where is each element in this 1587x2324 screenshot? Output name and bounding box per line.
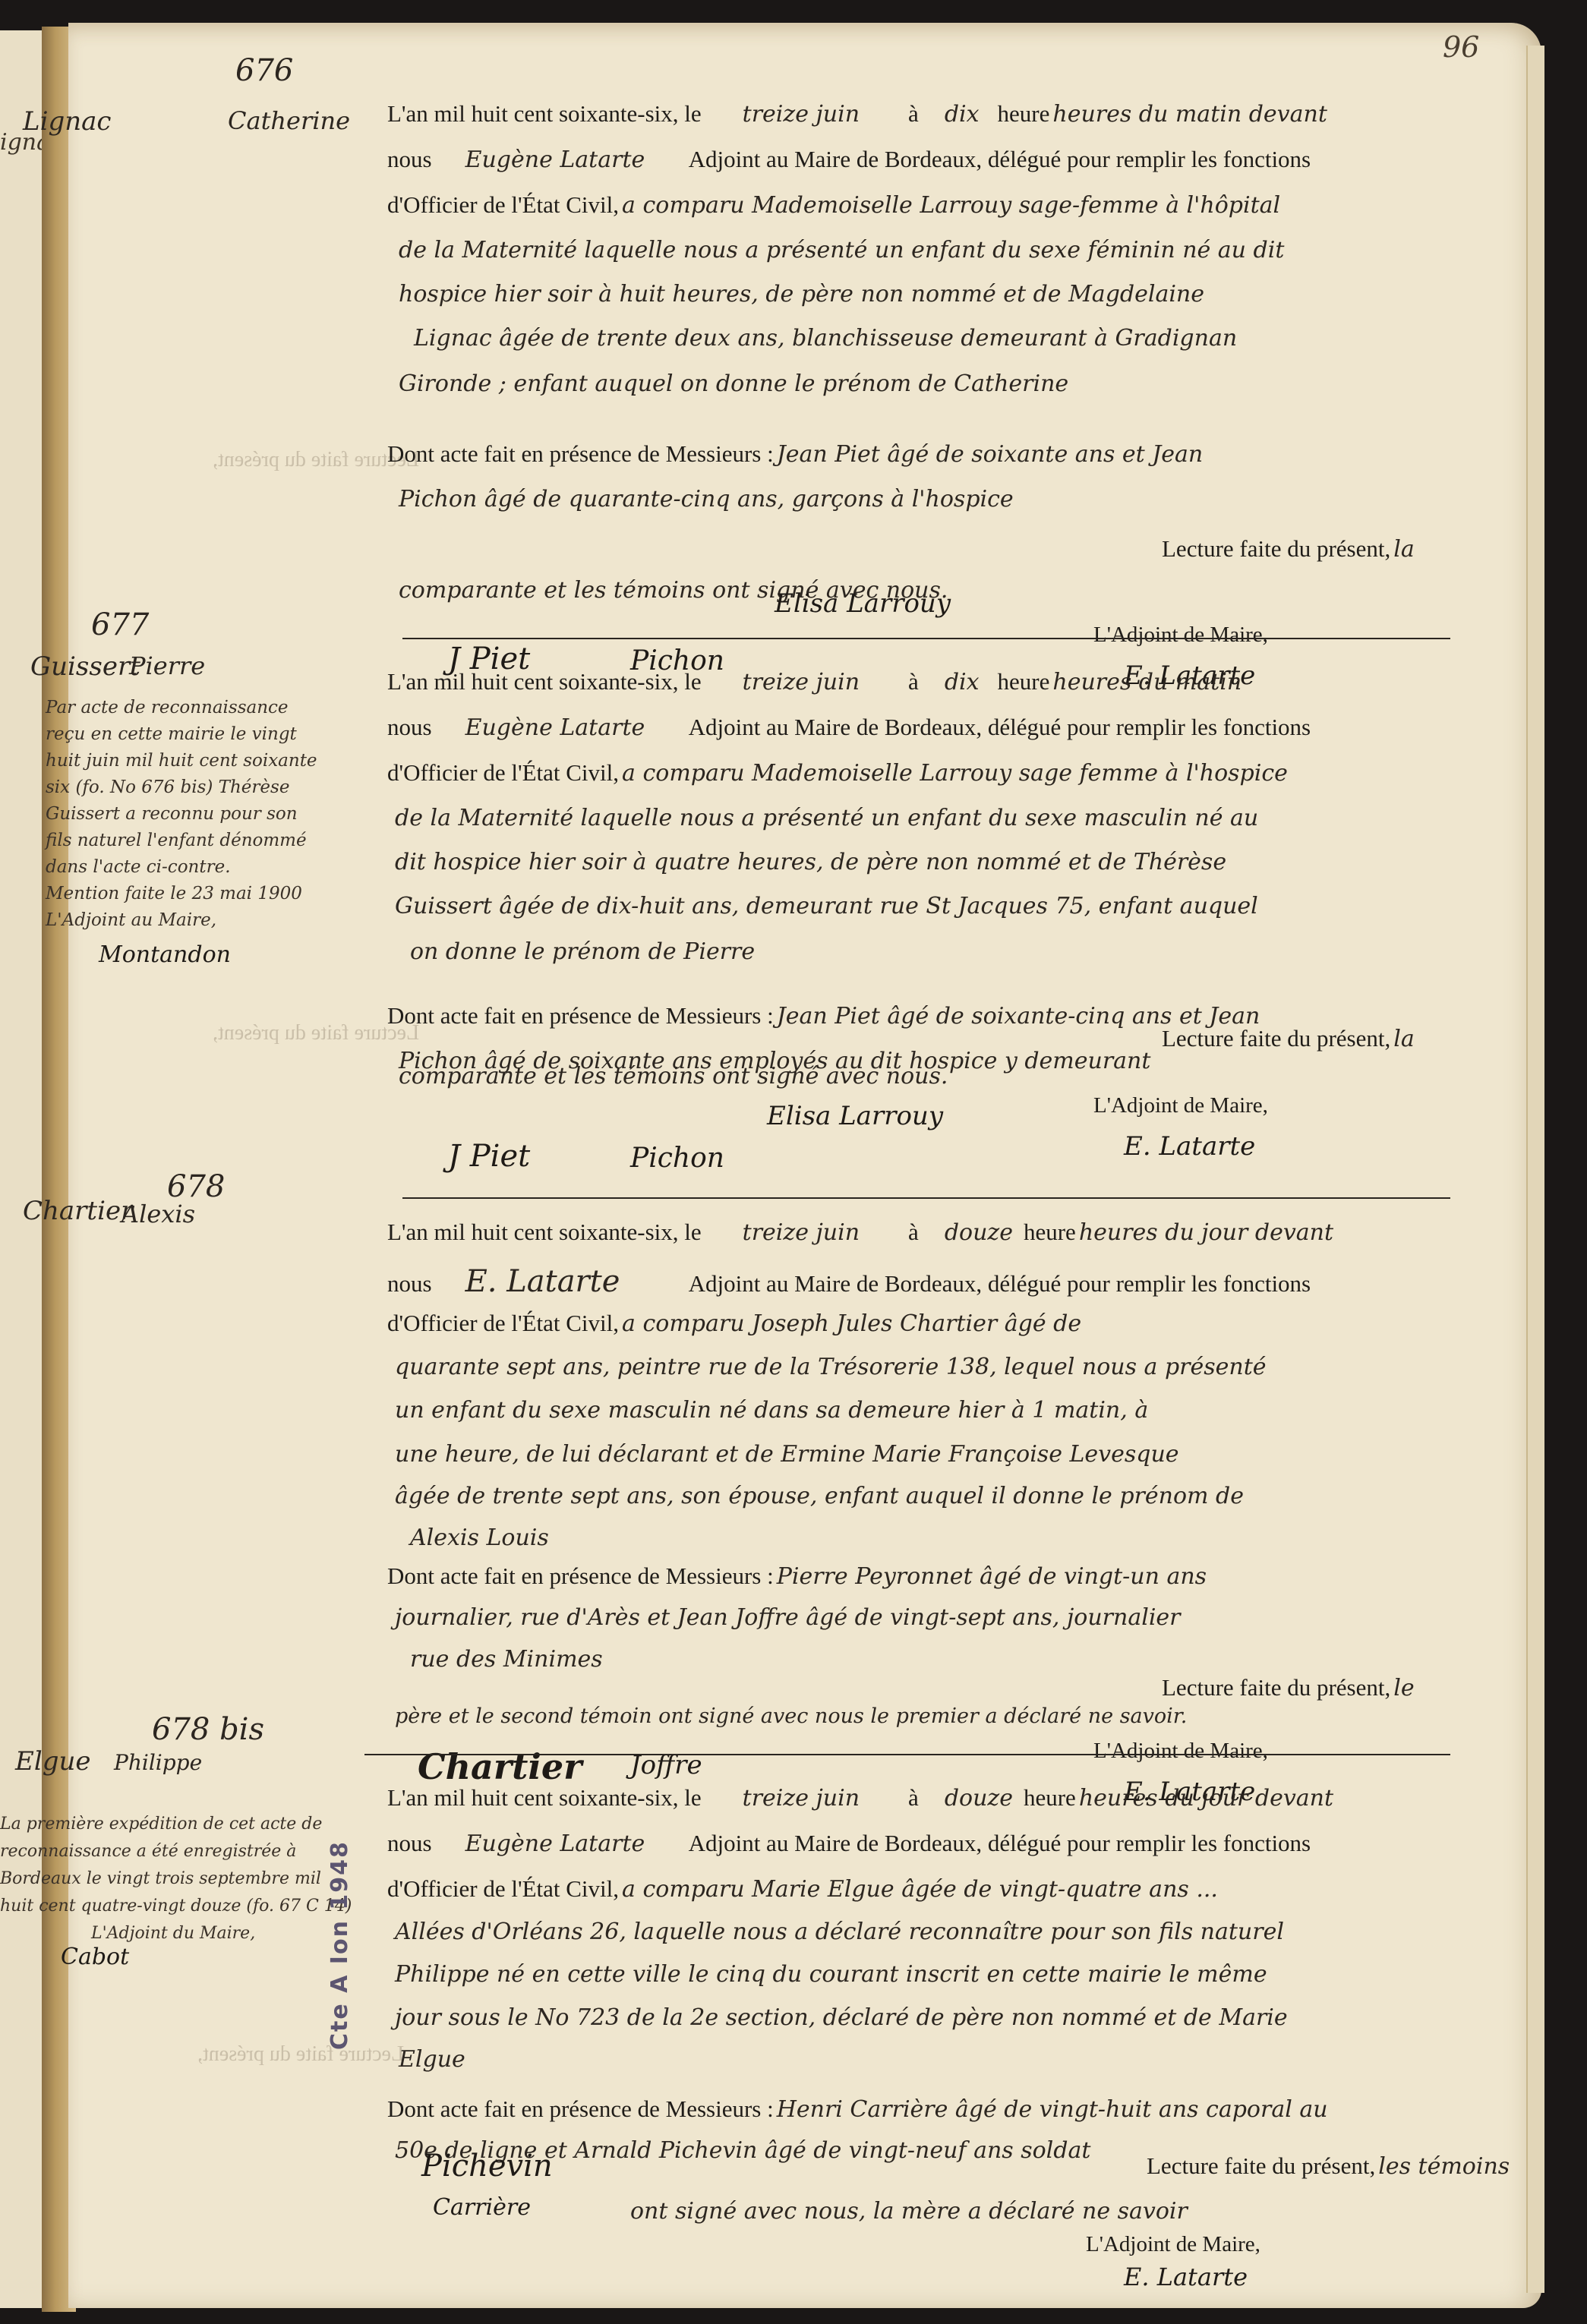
closing-line: comparante et les témoins ont signé avec… [399, 1063, 948, 1089]
lecture-continuation: le [1393, 1675, 1414, 1701]
witness-line: rue des Minimes [410, 1646, 603, 1673]
closing-line: père et le second témoin ont signé avec … [395, 1704, 1187, 1728]
printed-nous: nous [387, 1270, 432, 1297]
margin-given-name: Catherine [228, 106, 350, 135]
printed-adjoint: Adjoint au Maire de Bordeaux, délégué po… [689, 146, 1311, 172]
act-hour: dix [945, 101, 980, 128]
signature: Elisa Larrouy [767, 1101, 943, 1131]
printed-lecture: Lecture faite du présent, [1162, 1674, 1390, 1701]
printed-opening: L'an mil huit cent soixante-six, le [387, 1219, 702, 1245]
printed-officier: d'Officier de l'État Civil, [387, 1310, 619, 1336]
divider-rule [402, 1197, 1450, 1199]
body-line: un enfant du sexe masculin né dans sa de… [395, 1397, 1148, 1424]
margin-annotation: Par acte de reconnaissancereçu en cette … [46, 695, 380, 934]
signature: Pichevin [421, 2149, 553, 2184]
act-number: 678 bis [152, 1712, 264, 1747]
printed-lecture: Lecture faite du présent, [1162, 535, 1390, 562]
lecture-continuation: les témoins [1378, 2153, 1510, 2180]
margin-signature: Montandon [99, 941, 231, 968]
printed-heure: heure [1024, 1219, 1076, 1245]
officer-name: E. Latarte [465, 1264, 686, 1299]
printed-adjoint: Adjoint au Maire de Bordeaux, délégué po… [689, 714, 1311, 740]
printed-nous: nous [387, 146, 432, 172]
witness-line: Pichon âgé de quarante-cinq ans, garçons… [399, 486, 1014, 512]
officer-name: Eugène Latarte [465, 147, 686, 173]
folio-number: 96 [1443, 30, 1479, 64]
divider-rule [402, 638, 1450, 639]
body-line: hospice hier soir à huit heures, de père… [399, 281, 1204, 307]
act-date: treize juin [743, 1219, 860, 1246]
witness-line: journalier, rue d'Arès et Jean Joffre âg… [395, 1604, 1181, 1631]
hour-suffix: heures du jour devant [1079, 1785, 1333, 1812]
signature: Carrière [433, 2194, 531, 2221]
printed-officier: d'Officier de l'État Civil, [387, 1875, 619, 1902]
printed-a: à [908, 1219, 919, 1245]
body-line: de la Maternité laquelle nous a présenté… [395, 805, 1258, 831]
witness-line: Jean Piet âgé de soixante ans et Jean [777, 441, 1204, 468]
act-number: 677 [91, 607, 149, 642]
printed-opening: L'an mil huit cent soixante-six, le [387, 1784, 702, 1811]
body-line: quarante sept ans, peintre rue de la Tré… [395, 1354, 1267, 1380]
printed-lecture: Lecture faite du présent, [1162, 1025, 1390, 1052]
printed-adjoint-sign: L'Adjoint de Maire, [1086, 2232, 1260, 2257]
printed-heure: heure [998, 100, 1050, 127]
body-line: Guissert âgée de dix-huit ans, demeurant… [395, 893, 1258, 919]
hour-suffix: heures du jour devant [1079, 1219, 1333, 1246]
signature: Chartier [418, 1746, 582, 1787]
body-line: Allées d'Orléans 26, laquelle nous a déc… [395, 1919, 1284, 1945]
act-hour: douze [945, 1219, 1013, 1246]
body-line: a comparu Mademoiselle Larrouy sage-femm… [622, 192, 1280, 219]
printed-adjoint: Adjoint au Maire de Bordeaux, délégué po… [689, 1830, 1311, 1856]
body-line: Elgue [399, 2046, 465, 2073]
officer-signature: E. Latarte [1124, 2263, 1248, 2291]
body-line: Lignac âgée de trente deux ans, blanchis… [414, 325, 1237, 352]
printed-dont-acte: Dont acte fait en présence de Messieurs … [387, 2095, 774, 2122]
act-number: 676 [235, 53, 293, 88]
body-line: de la Maternité laquelle nous a présenté… [399, 237, 1284, 263]
printed-heure: heure [1024, 1784, 1076, 1811]
body-line: a comparu Mademoiselle Larrouy sage femm… [622, 760, 1288, 787]
margin-surname: Guissert [30, 651, 140, 682]
act-date: treize juin [743, 101, 860, 128]
printed-a: à [908, 100, 919, 127]
lecture-continuation: la [1393, 536, 1414, 563]
margin-signature: Cabot [61, 1944, 129, 1970]
printed-adjoint-sign: L'Adjoint de Maire, [1093, 623, 1268, 648]
printed-nous: nous [387, 714, 432, 740]
act-hour: douze [945, 1785, 1013, 1812]
hour-suffix: heures du matin [1052, 669, 1242, 695]
officer-signature: E. Latarte [1124, 1131, 1255, 1162]
witness-line: Henri Carrière âgé de vingt-huit ans cap… [777, 2096, 1328, 2123]
divider-rule [364, 1754, 1450, 1755]
margin-given-name: Alexis [121, 1200, 195, 1228]
margin-surname: Lignac [23, 106, 111, 137]
archive-stamp: Cte A Ion 1948 [327, 1840, 353, 2050]
printed-heure: heure [998, 668, 1050, 695]
signature: J Piet [448, 1139, 530, 1174]
signature: Pichon [630, 1143, 724, 1174]
lecture-continuation: la [1393, 1026, 1414, 1052]
act-date: treize juin [743, 669, 860, 695]
printed-officier: d'Officier de l'État Civil, [387, 759, 619, 786]
officer-name: Eugène Latarte [465, 714, 686, 741]
closing-line: ont signé avec nous, la mère a déclaré n… [630, 2198, 1188, 2225]
printed-adjoint-sign: L'Adjoint de Maire, [1093, 1093, 1268, 1118]
printed-dont-acte: Dont acte fait en présence de Messieurs … [387, 1002, 774, 1029]
act-date: treize juin [743, 1785, 860, 1812]
body-line: Alexis Louis [410, 1525, 549, 1551]
body-line: une heure, de lui déclarant et de Ermine… [395, 1441, 1179, 1468]
witness-line: Pierre Peyronnet âgé de vingt-un ans [777, 1563, 1207, 1590]
printed-adjoint: Adjoint au Maire de Bordeaux, délégué po… [689, 1270, 1311, 1297]
signature: Elisa Larrouy [775, 588, 951, 619]
margin-surname: Elgue [15, 1746, 90, 1777]
bleed-through-text: Lecture faite du présent, [197, 2042, 404, 2067]
body-line: a comparu Joseph Jules Chartier âgé de [622, 1310, 1081, 1337]
body-line: dit hospice hier soir à quatre heures, d… [395, 849, 1226, 875]
printed-opening: L'an mil huit cent soixante-six, le [387, 668, 702, 695]
body-line: on donne le prénom de Pierre [410, 938, 755, 965]
body-line: a comparu Marie Elgue âgée de vingt-quat… [622, 1876, 1218, 1903]
page-edge [1526, 46, 1544, 2293]
margin-surname: Chartier [23, 1196, 133, 1226]
printed-a: à [908, 1784, 919, 1811]
body-line: Philippe né en cette ville le cinq du co… [395, 1961, 1267, 1988]
printed-nous: nous [387, 1830, 432, 1856]
body-line: âgée de trente sept ans, son épouse, enf… [395, 1483, 1244, 1509]
printed-dont-acte: Dont acte fait en présence de Messieurs … [387, 440, 774, 467]
margin-given-name: Philippe [114, 1750, 202, 1775]
printed-dont-acte: Dont acte fait en présence de Messieurs … [387, 1562, 774, 1589]
margin-annotation: La première expédition de cet acte derec… [0, 1811, 364, 1947]
body-line: jour sous le No 723 de la 2e section, dé… [395, 2004, 1288, 2031]
printed-adjoint-sign: L'Adjoint de Maire, [1093, 1739, 1268, 1764]
printed-a: à [908, 668, 919, 695]
hour-suffix: heures du matin devant [1052, 101, 1327, 128]
officer-name: Eugène Latarte [465, 1831, 686, 1857]
body-line: Gironde ; enfant auquel on donne le prén… [399, 371, 1068, 397]
printed-officier: d'Officier de l'État Civil, [387, 191, 619, 218]
printed-lecture: Lecture faite du présent, [1147, 2152, 1375, 2179]
act-hour: dix [945, 669, 980, 695]
margin-given-name: Pierre [129, 651, 205, 680]
printed-opening: L'an mil huit cent soixante-six, le [387, 100, 702, 127]
